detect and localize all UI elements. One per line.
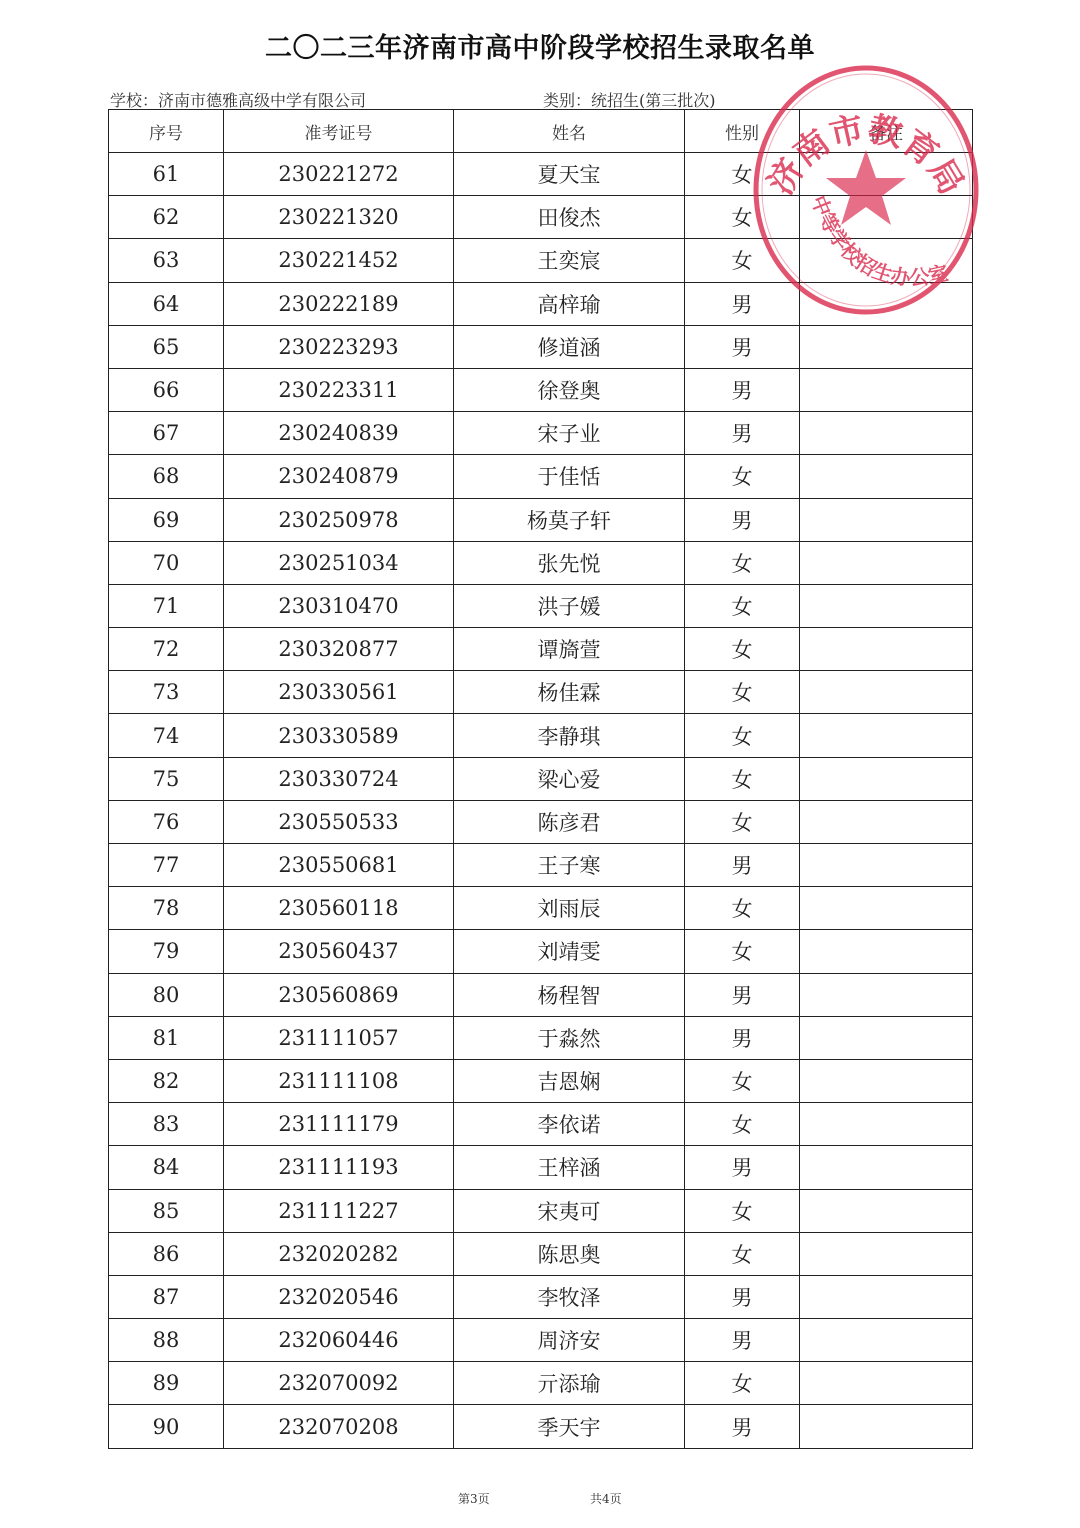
cell-note bbox=[800, 1146, 973, 1189]
cell-name: 李静琪 bbox=[454, 714, 685, 757]
category-label: 类别：统招生(第三批次) bbox=[543, 88, 716, 111]
cell-gender: 女 bbox=[685, 671, 800, 714]
cell-note bbox=[800, 325, 973, 368]
cell-gender: 女 bbox=[685, 800, 800, 843]
cell-name: 李依诺 bbox=[454, 1103, 685, 1146]
cell-exam-id: 230550533 bbox=[224, 800, 454, 843]
cell-exam-id: 232060446 bbox=[224, 1319, 454, 1362]
cell-exam-id: 230221272 bbox=[224, 153, 454, 196]
cell-exam-id: 230221320 bbox=[224, 196, 454, 239]
cell-exam-id: 232020282 bbox=[224, 1232, 454, 1275]
cell-name: 于佳恬 bbox=[454, 455, 685, 498]
cell-name: 季天宇 bbox=[454, 1405, 685, 1448]
cell-exam-id: 230240839 bbox=[224, 412, 454, 455]
table-row: 64230222189高梓瑜男 bbox=[109, 282, 973, 325]
table-row: 84231111193王梓涵男 bbox=[109, 1146, 973, 1189]
table-row: 66230223311徐登奥男 bbox=[109, 368, 973, 411]
header-number: 序号 bbox=[109, 110, 224, 153]
cell-gender: 女 bbox=[685, 584, 800, 627]
table-row: 78230560118刘雨辰女 bbox=[109, 887, 973, 930]
cell-exam-id: 230560869 bbox=[224, 973, 454, 1016]
cell-gender: 男 bbox=[685, 1146, 800, 1189]
cell-gender: 男 bbox=[685, 368, 800, 411]
table-row: 74230330589李静琪女 bbox=[109, 714, 973, 757]
cell-exam-id: 230330561 bbox=[224, 671, 454, 714]
cell-gender: 女 bbox=[685, 1059, 800, 1102]
cell-number: 77 bbox=[109, 844, 224, 887]
cell-number: 61 bbox=[109, 153, 224, 196]
cell-exam-id: 230222189 bbox=[224, 282, 454, 325]
cell-gender: 女 bbox=[685, 1362, 800, 1405]
cell-exam-id: 230240879 bbox=[224, 455, 454, 498]
cell-number: 79 bbox=[109, 930, 224, 973]
cell-note bbox=[800, 714, 973, 757]
cell-gender: 女 bbox=[685, 153, 800, 196]
table-row: 85231111227宋夷可女 bbox=[109, 1189, 973, 1232]
cell-name: 修道涵 bbox=[454, 325, 685, 368]
cell-name: 徐登奥 bbox=[454, 368, 685, 411]
cell-exam-id: 231111179 bbox=[224, 1103, 454, 1146]
cell-name: 陈思奥 bbox=[454, 1232, 685, 1275]
cell-gender: 女 bbox=[685, 887, 800, 930]
cell-name: 张先悦 bbox=[454, 541, 685, 584]
table-row: 63230221452王奕宸女 bbox=[109, 239, 973, 282]
cell-name: 李牧泽 bbox=[454, 1275, 685, 1318]
cell-gender: 女 bbox=[685, 1103, 800, 1146]
table-row: 65230223293修道涵男 bbox=[109, 325, 973, 368]
cell-name: 于淼然 bbox=[454, 1016, 685, 1059]
cell-gender: 男 bbox=[685, 412, 800, 455]
table-row: 88232060446周济安男 bbox=[109, 1319, 973, 1362]
cell-note bbox=[800, 1016, 973, 1059]
cell-name: 杨程智 bbox=[454, 973, 685, 1016]
cell-name: 夏天宝 bbox=[454, 153, 685, 196]
cell-note bbox=[800, 930, 973, 973]
cell-number: 88 bbox=[109, 1319, 224, 1362]
cell-name: 宋夷可 bbox=[454, 1189, 685, 1232]
cell-name: 陈彦君 bbox=[454, 800, 685, 843]
cell-number: 78 bbox=[109, 887, 224, 930]
cell-number: 75 bbox=[109, 757, 224, 800]
cell-note bbox=[800, 1059, 973, 1102]
page-number: 第3页 bbox=[458, 1490, 490, 1507]
cell-exam-id: 232070092 bbox=[224, 1362, 454, 1405]
cell-gender: 女 bbox=[685, 196, 800, 239]
cell-note bbox=[800, 1232, 973, 1275]
table-row: 79230560437刘靖雯女 bbox=[109, 930, 973, 973]
cell-number: 83 bbox=[109, 1103, 224, 1146]
cell-gender: 女 bbox=[685, 455, 800, 498]
table-body: 61230221272夏天宝女62230221320田俊杰女6323022145… bbox=[109, 153, 973, 1449]
cell-number: 63 bbox=[109, 239, 224, 282]
cell-gender: 女 bbox=[685, 239, 800, 282]
table-row: 87232020546李牧泽男 bbox=[109, 1275, 973, 1318]
cell-number: 67 bbox=[109, 412, 224, 455]
cell-number: 66 bbox=[109, 368, 224, 411]
cell-number: 76 bbox=[109, 800, 224, 843]
cell-name: 刘雨辰 bbox=[454, 887, 685, 930]
cell-note bbox=[800, 153, 973, 196]
cell-number: 68 bbox=[109, 455, 224, 498]
table-row: 68230240879于佳恬女 bbox=[109, 455, 973, 498]
table-row: 70230251034张先悦女 bbox=[109, 541, 973, 584]
cell-name: 高梓瑜 bbox=[454, 282, 685, 325]
cell-exam-id: 230223311 bbox=[224, 368, 454, 411]
cell-note bbox=[800, 498, 973, 541]
cell-number: 74 bbox=[109, 714, 224, 757]
cell-exam-id: 230330589 bbox=[224, 714, 454, 757]
table-row: 89232070092亓添瑜女 bbox=[109, 1362, 973, 1405]
admission-table: 序号 准考证号 姓名 性别 备注 61230221272夏天宝女62230221… bbox=[108, 109, 973, 1449]
table-row: 83231111179李依诺女 bbox=[109, 1103, 973, 1146]
cell-note bbox=[800, 368, 973, 411]
table-row: 75230330724梁心爱女 bbox=[109, 757, 973, 800]
cell-number: 69 bbox=[109, 498, 224, 541]
cell-number: 81 bbox=[109, 1016, 224, 1059]
cell-exam-id: 230550681 bbox=[224, 844, 454, 887]
cell-gender: 女 bbox=[685, 757, 800, 800]
cell-note bbox=[800, 584, 973, 627]
cell-exam-id: 230251034 bbox=[224, 541, 454, 584]
cell-number: 73 bbox=[109, 671, 224, 714]
cell-number: 87 bbox=[109, 1275, 224, 1318]
table-row: 72230320877谭旖萱女 bbox=[109, 628, 973, 671]
cell-gender: 女 bbox=[685, 541, 800, 584]
table-row: 73230330561杨佳霖女 bbox=[109, 671, 973, 714]
cell-exam-id: 230560118 bbox=[224, 887, 454, 930]
table-row: 81231111057于淼然男 bbox=[109, 1016, 973, 1059]
cell-number: 80 bbox=[109, 973, 224, 1016]
cell-number: 72 bbox=[109, 628, 224, 671]
table-header-row: 序号 准考证号 姓名 性别 备注 bbox=[109, 110, 973, 153]
cell-name: 王奕宸 bbox=[454, 239, 685, 282]
cell-note bbox=[800, 757, 973, 800]
cell-number: 70 bbox=[109, 541, 224, 584]
cell-name: 吉恩娴 bbox=[454, 1059, 685, 1102]
cell-name: 洪子媛 bbox=[454, 584, 685, 627]
cell-number: 85 bbox=[109, 1189, 224, 1232]
cell-name: 周济安 bbox=[454, 1319, 685, 1362]
cell-gender: 女 bbox=[685, 628, 800, 671]
cell-gender: 男 bbox=[685, 1319, 800, 1362]
cell-number: 82 bbox=[109, 1059, 224, 1102]
cell-number: 71 bbox=[109, 584, 224, 627]
cell-number: 86 bbox=[109, 1232, 224, 1275]
cell-gender: 男 bbox=[685, 282, 800, 325]
cell-note bbox=[800, 1362, 973, 1405]
table-row: 76230550533陈彦君女 bbox=[109, 800, 973, 843]
cell-gender: 男 bbox=[685, 973, 800, 1016]
header-exam-id: 准考证号 bbox=[224, 110, 454, 153]
cell-gender: 男 bbox=[685, 1275, 800, 1318]
cell-name: 王子寒 bbox=[454, 844, 685, 887]
cell-exam-id: 230223293 bbox=[224, 325, 454, 368]
cell-exam-id: 230560437 bbox=[224, 930, 454, 973]
table-row: 86232020282陈思奥女 bbox=[109, 1232, 973, 1275]
cell-gender: 女 bbox=[685, 930, 800, 973]
cell-exam-id: 230320877 bbox=[224, 628, 454, 671]
cell-note bbox=[800, 1189, 973, 1232]
cell-note bbox=[800, 1103, 973, 1146]
cell-note bbox=[800, 844, 973, 887]
cell-exam-id: 231111108 bbox=[224, 1059, 454, 1102]
table-row: 82231111108吉恩娴女 bbox=[109, 1059, 973, 1102]
cell-name: 梁心爱 bbox=[454, 757, 685, 800]
cell-note bbox=[800, 196, 973, 239]
cell-exam-id: 231111193 bbox=[224, 1146, 454, 1189]
table-row: 62230221320田俊杰女 bbox=[109, 196, 973, 239]
table-row: 69230250978杨莫子轩男 bbox=[109, 498, 973, 541]
cell-note bbox=[800, 239, 973, 282]
school-label: 学校：济南市德雅高级中学有限公司 bbox=[110, 88, 366, 111]
cell-number: 62 bbox=[109, 196, 224, 239]
cell-note bbox=[800, 412, 973, 455]
cell-name: 杨莫子轩 bbox=[454, 498, 685, 541]
cell-gender: 女 bbox=[685, 714, 800, 757]
cell-exam-id: 232020546 bbox=[224, 1275, 454, 1318]
cell-name: 田俊杰 bbox=[454, 196, 685, 239]
cell-name: 杨佳霖 bbox=[454, 671, 685, 714]
cell-number: 64 bbox=[109, 282, 224, 325]
cell-name: 王梓涵 bbox=[454, 1146, 685, 1189]
cell-name: 刘靖雯 bbox=[454, 930, 685, 973]
cell-number: 84 bbox=[109, 1146, 224, 1189]
cell-exam-id: 231111057 bbox=[224, 1016, 454, 1059]
table-row: 80230560869杨程智男 bbox=[109, 973, 973, 1016]
cell-note bbox=[800, 1405, 973, 1448]
cell-exam-id: 230330724 bbox=[224, 757, 454, 800]
cell-number: 65 bbox=[109, 325, 224, 368]
cell-name: 亓添瑜 bbox=[454, 1362, 685, 1405]
cell-exam-id: 232070208 bbox=[224, 1405, 454, 1448]
cell-name: 宋子业 bbox=[454, 412, 685, 455]
document-title: 二〇二三年济南市高中阶段学校招生录取名单 bbox=[0, 26, 1080, 65]
cell-note bbox=[800, 1275, 973, 1318]
cell-gender: 男 bbox=[685, 1016, 800, 1059]
cell-note bbox=[800, 973, 973, 1016]
cell-gender: 男 bbox=[685, 498, 800, 541]
cell-exam-id: 230221452 bbox=[224, 239, 454, 282]
cell-note bbox=[800, 541, 973, 584]
cell-note bbox=[800, 800, 973, 843]
cell-gender: 男 bbox=[685, 1405, 800, 1448]
table-row: 90232070208季天宇男 bbox=[109, 1405, 973, 1448]
cell-note bbox=[800, 282, 973, 325]
cell-gender: 男 bbox=[685, 325, 800, 368]
header-name: 姓名 bbox=[454, 110, 685, 153]
cell-note bbox=[800, 887, 973, 930]
cell-number: 89 bbox=[109, 1362, 224, 1405]
cell-exam-id: 230310470 bbox=[224, 584, 454, 627]
cell-note bbox=[800, 628, 973, 671]
header-note: 备注 bbox=[800, 110, 973, 153]
cell-number: 90 bbox=[109, 1405, 224, 1448]
cell-exam-id: 231111227 bbox=[224, 1189, 454, 1232]
cell-gender: 女 bbox=[685, 1189, 800, 1232]
table-row: 61230221272夏天宝女 bbox=[109, 153, 973, 196]
page-total: 共4页 bbox=[590, 1490, 622, 1507]
cell-gender: 男 bbox=[685, 844, 800, 887]
table-row: 71230310470洪子媛女 bbox=[109, 584, 973, 627]
header-gender: 性别 bbox=[685, 110, 800, 153]
cell-gender: 女 bbox=[685, 1232, 800, 1275]
cell-note bbox=[800, 455, 973, 498]
cell-name: 谭旖萱 bbox=[454, 628, 685, 671]
cell-note bbox=[800, 1319, 973, 1362]
table-row: 67230240839宋子业男 bbox=[109, 412, 973, 455]
cell-note bbox=[800, 671, 973, 714]
cell-exam-id: 230250978 bbox=[224, 498, 454, 541]
table-row: 77230550681王子寒男 bbox=[109, 844, 973, 887]
